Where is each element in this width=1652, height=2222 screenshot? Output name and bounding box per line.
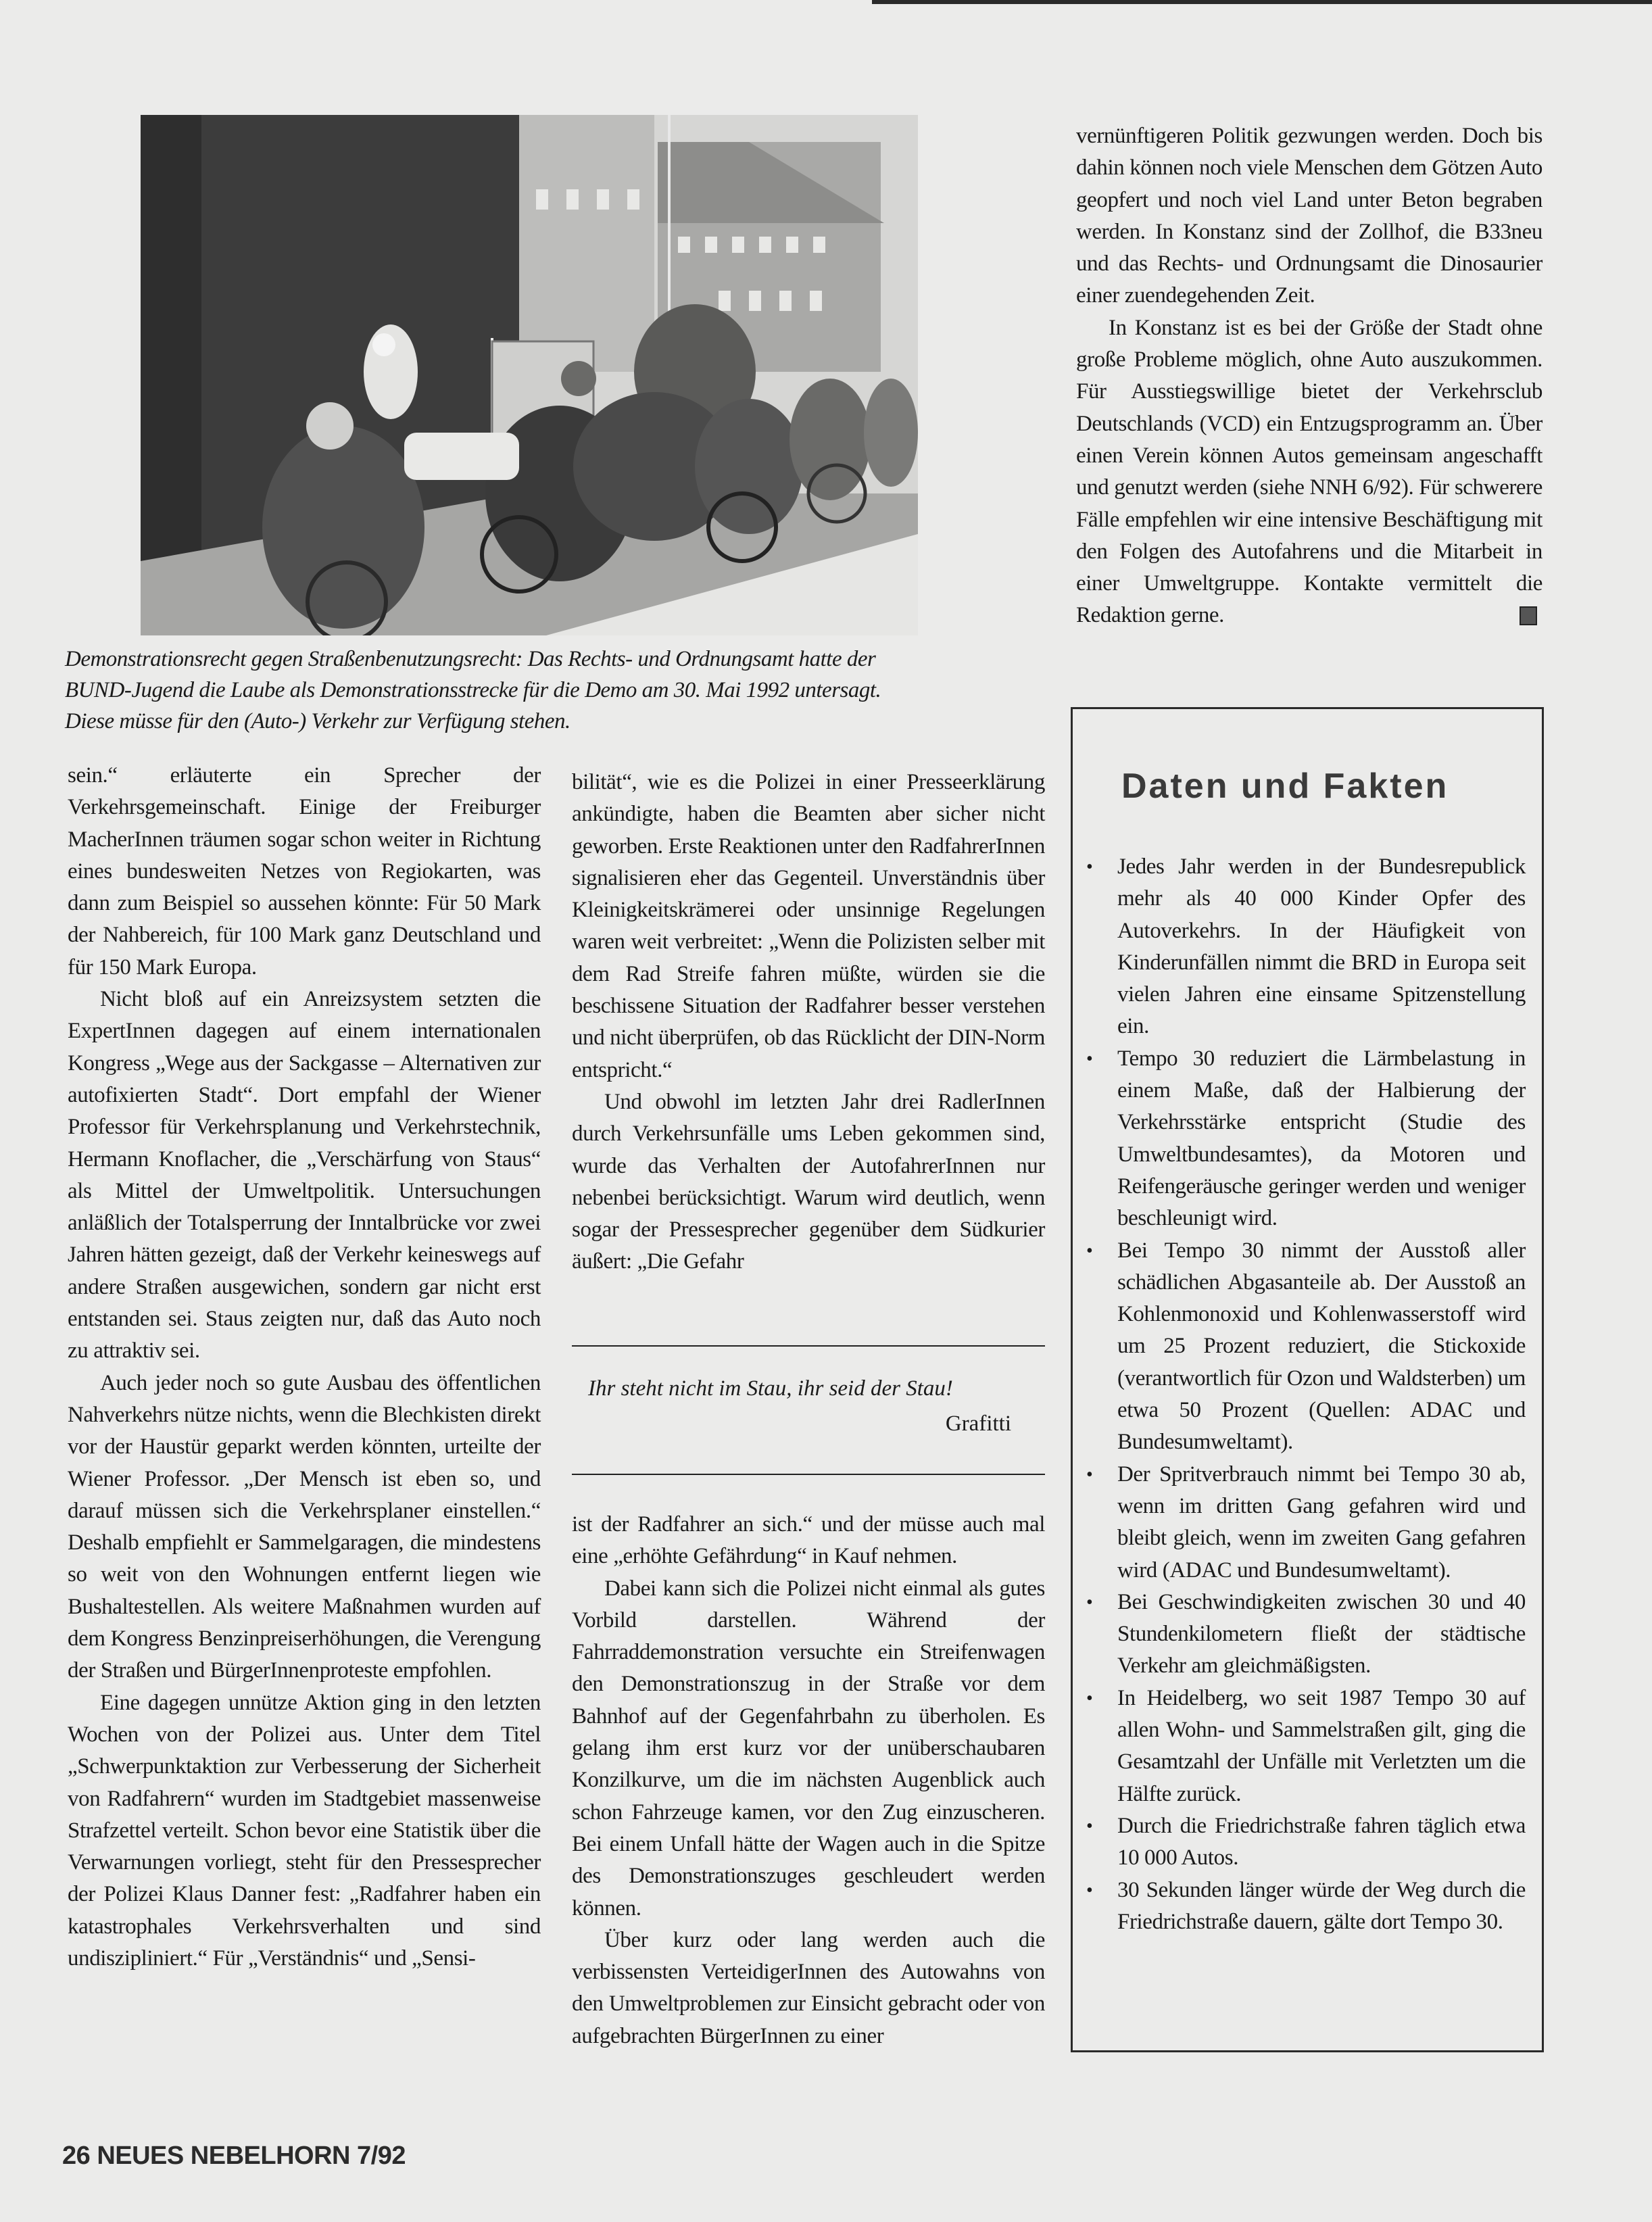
bullet-icon: • [1086,1587,1092,1618]
bullet-icon: • [1086,1810,1092,1842]
pull-quote: Ihr steht nicht im Stau, ihr seid der St… [572,1345,1045,1480]
fact-item: •Bei Geschwindigkeiten zwischen 30 und 4… [1086,1587,1526,1683]
bullet-icon: • [1086,1459,1092,1491]
pull-quote-source: Grafitti [946,1411,1011,1436]
fact-text: Der Spritverbrauch nimmt bei Tempo 30 ab… [1117,1462,1526,1583]
paragraph-text: In Konstanz ist es bei der Größe der Sta… [1076,316,1542,628]
article-column-3: vernünftigeren Politik gezwungen werden.… [1076,120,1542,632]
fact-text: Tempo 30 reduziert die Lärmbelastung in … [1117,1046,1526,1230]
photo-caption: Demonstrationsrecht gegen Straßenbenutzu… [65,644,1052,737]
fact-item: •30 Sekunden länger würde der Weg durch … [1086,1875,1526,1939]
fact-item: •Durch die Friedrichstraße fahren täglic… [1086,1810,1526,1875]
paragraph: Über kurz oder lang werden auch die verb… [572,1925,1045,2052]
bullet-icon: • [1086,1683,1092,1714]
paragraph: Dabei kann sich die Polizei nicht einmal… [572,1573,1045,1925]
fact-item: •Der Spritverbrauch nimmt bei Tempo 30 a… [1086,1459,1526,1587]
fact-text: In Heidelberg, wo seit 1987 Tempo 30 auf… [1117,1686,1526,1806]
fact-text: Jedes Jahr werden in der Bundesrepublick… [1117,854,1526,1038]
article-column-2-bottom: ist der Radfahrer an sich.“ und der müss… [572,1509,1045,2052]
paragraph: bilität“, wie es die Polizei in einer Pr… [572,767,1045,1086]
photo-bicycle-demonstration-icon [141,115,918,635]
article-column-1: sein.“ erläuterte ein Sprecher der Verke… [68,760,541,1975]
facts-box: Daten und Fakten •Jedes Jahr werden in d… [1071,707,1544,2052]
paragraph: ist der Radfahrer an sich.“ und der müss… [572,1509,1045,1573]
caption-line: Diese müsse für den (Auto-) Verkehr zur … [65,706,1052,737]
paragraph: In Konstanz ist es bei der Größe der Sta… [1076,312,1542,632]
demonstration-photo [141,115,918,635]
paragraph: Und obwohl im letzten Jahr drei RadlerIn… [572,1086,1045,1278]
bullet-icon: • [1086,851,1092,883]
fact-text: Bei Tempo 30 nimmt der Ausstoß aller sch… [1117,1238,1526,1455]
fact-item: •Tempo 30 reduziert die Lärmbelastung in… [1086,1043,1526,1235]
divider-line [572,1474,1045,1475]
caption-line: BUND-Jugend die Laube als Demonstrations… [65,675,1052,706]
fact-text: Durch die Friedrichstraße fahren täglich… [1117,1814,1526,1870]
end-of-article-icon [1520,606,1537,625]
bullet-icon: • [1086,1875,1092,1906]
bullet-icon: • [1086,1235,1092,1267]
article-column-2-top: bilität“, wie es die Polizei in einer Pr… [572,767,1045,1278]
pull-quote-text: Ihr steht nicht im Stau, ihr seid der St… [588,1376,953,1401]
fact-text: 30 Sekunden länger würde der Weg durch d… [1117,1878,1526,1934]
fact-item: •Jedes Jahr werden in der Bundesrepublic… [1086,851,1526,1043]
fact-text: Bei Geschwindigkeiten zwischen 30 und 40… [1117,1590,1526,1678]
paragraph: Auch jeder noch so gute Ausbau des öffen… [68,1368,541,1687]
divider-line [572,1345,1045,1347]
fact-item: •Bei Tempo 30 nimmt der Ausstoß aller sc… [1086,1235,1526,1459]
paragraph: Nicht bloß auf ein Anreizsystem setzten … [68,984,541,1368]
page-footer: 26 NEUES NEBELHORN 7/92 [62,2142,406,2171]
paragraph: vernünftigeren Politik gezwungen werden.… [1076,120,1542,312]
top-edge-bar [872,0,1652,4]
fact-item: •In Heidelberg, wo seit 1987 Tempo 30 au… [1086,1683,1526,1810]
bullet-icon: • [1086,1043,1092,1075]
paragraph: sein.“ erläuterte ein Sprecher der Verke… [68,760,541,984]
paragraph: Eine dagegen unnütze Aktion ging in den … [68,1687,541,1975]
caption-line: Demonstrationsrecht gegen Straßenbenutzu… [65,644,1052,675]
facts-box-title: Daten und Fakten [1121,766,1449,806]
facts-list: •Jedes Jahr werden in der Bundesrepublic… [1086,851,1526,1938]
